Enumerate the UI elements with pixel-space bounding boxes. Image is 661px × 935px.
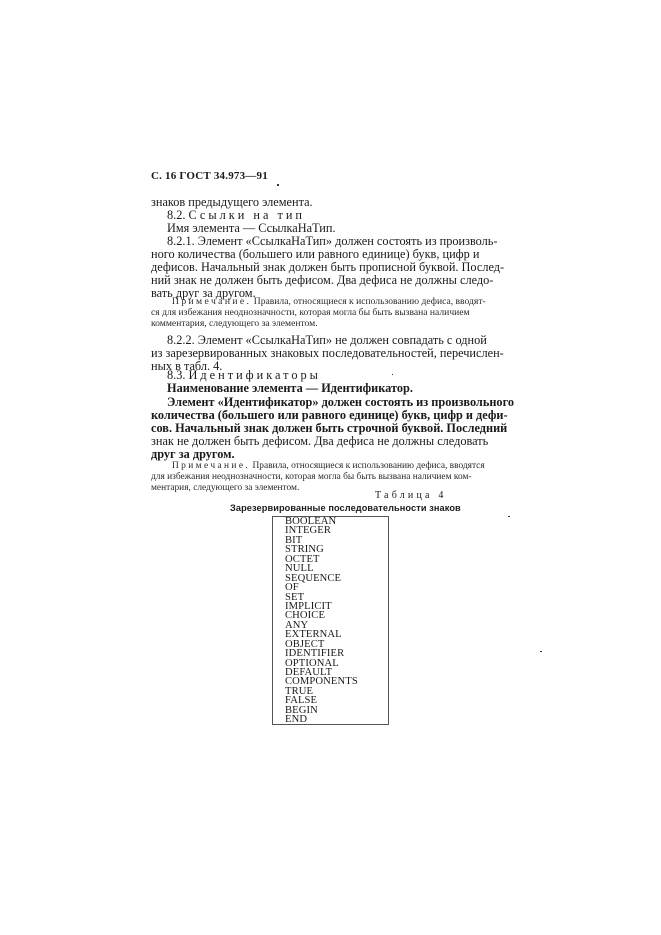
paragraph-8-2-1: 8.2.1. Элемент «СсылкаНаТип» должен сост… <box>151 235 459 300</box>
table-title: Зарезервированные последовательности зна… <box>230 503 461 513</box>
note-line: комментария, следующего за элементом. <box>151 318 459 329</box>
note-line: для избежания неоднозначности, которая м… <box>151 472 461 483</box>
note-8-2: Примечание. Правила, относящиеся к испол… <box>151 296 459 329</box>
note-label: Примечание. <box>172 296 251 307</box>
table-caption: Таблица 4 <box>375 490 447 501</box>
paragraph-8-3: Элемент «Идентификатор» должен состоять … <box>151 396 459 461</box>
heading-number: 8.3. <box>167 368 185 382</box>
page-header: С. 16 ГОСТ 34.973—91 <box>151 170 268 182</box>
text-line: друг за другом. <box>151 448 459 461</box>
note-text: Правила, относящиеся к использованию деф… <box>254 296 486 307</box>
keyword: END <box>285 715 358 724</box>
note-text: Правила, относящиеся к использованию деф… <box>253 461 485 471</box>
scan-speck <box>277 184 279 186</box>
heading-number: 8.2. <box>167 208 185 222</box>
scan-speck <box>508 516 510 517</box>
reserved-keywords-list: BOOLEAN INTEGER BIT STRING OCTET NULL SE… <box>285 517 358 725</box>
heading-title: Идентификаторы <box>189 368 321 382</box>
heading-title: Ссылки на тип <box>189 208 306 222</box>
note-label: Примечание. <box>172 461 250 471</box>
note-first-line: Примечание. Правила, относящиеся к испол… <box>151 296 459 307</box>
note-first-line: Примечание. Правила, относящиеся к испол… <box>151 461 461 472</box>
scan-speck <box>392 374 393 375</box>
note-line: ся для избежания неоднозначности, котора… <box>151 307 459 318</box>
element-name-line: Наименование элемента — Идентификатор. <box>167 382 413 395</box>
scan-speck <box>540 651 542 652</box>
